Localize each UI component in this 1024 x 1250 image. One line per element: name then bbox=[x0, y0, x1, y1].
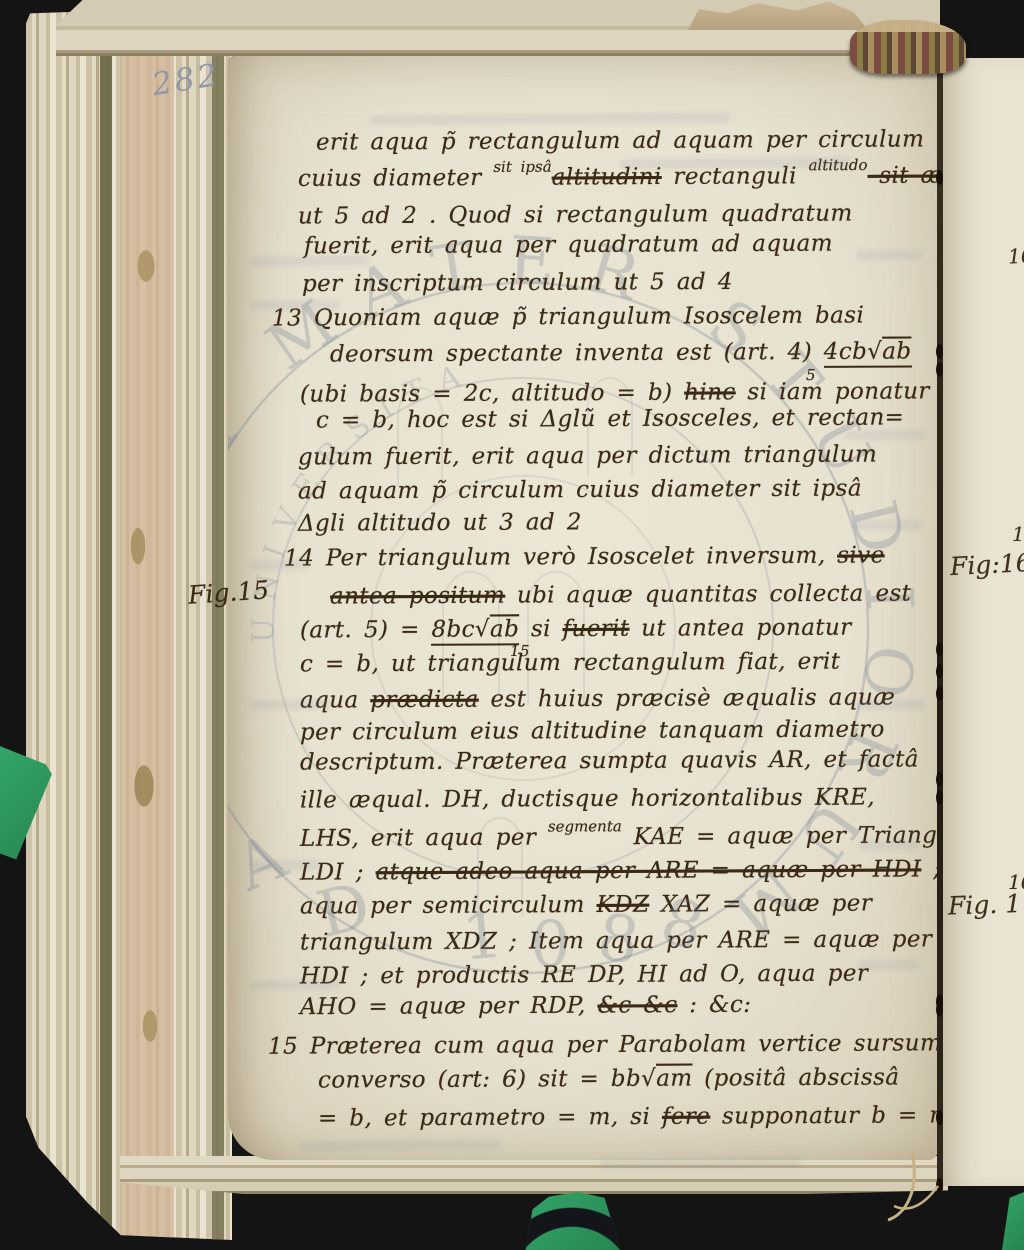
manuscript-line: c = b, hoc est si Δglũ et Isosceles, et … bbox=[316, 406, 904, 432]
manuscript-segment: AHO = aquæ per RDP, bbox=[300, 993, 598, 1021]
manuscript-segment: ut 5 ad 2 . Quod si rectangulum quadratu… bbox=[298, 201, 853, 230]
bleed-through-band bbox=[250, 255, 370, 266]
manuscript-line: ille æqual. DH, ductisque horizontalibus… bbox=[300, 786, 875, 812]
manuscript-segment: converso (art: 6) sit = bb√ bbox=[318, 1066, 656, 1094]
manuscript-line: erit aqua p̃ rectangulum ad aquam per ci… bbox=[316, 128, 924, 154]
figure-margin-note: Fig.15 bbox=[187, 575, 270, 610]
stitch-dot bbox=[936, 1110, 943, 1125]
manuscript-segment: c = b, ut triangulum rectangulum fiat, e… bbox=[300, 649, 841, 678]
figure-margin-note-fragment: Fig:16 bbox=[949, 548, 1024, 581]
stitch-dot bbox=[936, 362, 943, 377]
manuscript-segment: sive bbox=[837, 542, 885, 568]
manuscript-segment: fuerit, erit aqua per quadratum ad aquam bbox=[304, 231, 833, 260]
manuscript-segment: 13 Quoniam aquæ p̃ triangulum Isoscelem … bbox=[272, 302, 864, 331]
manuscript-segment: segmenta bbox=[548, 817, 622, 835]
stitch-dot bbox=[936, 686, 943, 701]
manuscript-segment: fuerit bbox=[563, 616, 630, 642]
manuscript-line: (art. 5) = 8bc√ab si fuerit ut antea pon… bbox=[300, 617, 852, 643]
manuscript-segment: (ubi basis = 2c, altitudo = b) bbox=[300, 380, 684, 408]
manuscript-line: antea positum ubi aquæ quantitas collect… bbox=[330, 582, 911, 608]
manuscript-segment: hinc bbox=[684, 379, 736, 405]
manuscript-line: AHO = aquæ per RDP, &c &c : &c: bbox=[300, 994, 751, 1019]
left-page-stack-edges bbox=[26, 6, 232, 1240]
manuscript-segment: ille æqual. DH, ductisque horizontalibus… bbox=[300, 784, 875, 813]
stitch-dot bbox=[936, 1178, 943, 1193]
manuscript-scan: { "page_number": "282", "marginalia": { … bbox=[0, 0, 1024, 1250]
bleed-through-band bbox=[845, 430, 925, 441]
stitch-dot bbox=[936, 170, 943, 185]
headband bbox=[850, 20, 966, 74]
manuscript-segment: : &c: bbox=[677, 992, 751, 1018]
manuscript-segment: est huius præcisè æqualis aquæ bbox=[479, 684, 896, 712]
manuscript-segment: am bbox=[656, 1066, 692, 1092]
figure-margin-note-fragment: 16 bbox=[1007, 243, 1024, 268]
manuscript-line: aqua per semicirculum KDZ XAZ = aquæ per bbox=[300, 893, 872, 919]
stitch-dot bbox=[936, 664, 943, 679]
manuscript-line: HDI ; et productis RE DP, HI ad O, aqua … bbox=[300, 963, 868, 989]
bleed-through-band bbox=[250, 560, 310, 571]
manuscript-segment: per circulum eius altitudine tanquam dia… bbox=[300, 716, 885, 745]
bleed-through-band bbox=[250, 700, 330, 711]
manuscript-segment: 14 Per triangulum verò Isoscelet inversu… bbox=[284, 543, 837, 572]
manuscript-segment: fere bbox=[662, 1104, 710, 1130]
manuscript-segment: erit aqua p̃ rectangulum ad aquam per ci… bbox=[316, 126, 924, 155]
manuscript-segment: per inscriptum circulum ut 5 ad 4 bbox=[302, 269, 733, 297]
manuscript-line: (ubi basis = 2c, altitudo = b) hinc si i… bbox=[300, 380, 930, 406]
bleed-through-band bbox=[858, 960, 920, 971]
manuscript-line: ut 5 ad 2 . Quod si rectangulum quadratu… bbox=[298, 203, 853, 229]
manuscript-line: Δgli altitudo ut 3 ad 2 bbox=[298, 511, 582, 535]
bleed-through-band bbox=[250, 300, 340, 311]
bleed-through-band bbox=[855, 700, 925, 711]
stamp-date-letter: 0 bbox=[530, 908, 571, 982]
stitch-dot bbox=[936, 790, 943, 805]
manuscript-segment: si iam ponatur bbox=[736, 378, 930, 405]
stamp-date-letter: 1 bbox=[459, 898, 506, 975]
manuscript-line: ad aquam p̃ circulum cuius diameter sit … bbox=[298, 478, 862, 504]
green-strap-corner bbox=[1002, 1192, 1024, 1250]
manuscript-line: 14 Per triangulum verò Isoscelet inversu… bbox=[284, 544, 885, 570]
bottom-page-edges bbox=[120, 1156, 948, 1200]
facing-page-sliver bbox=[943, 58, 1024, 1186]
manuscript-segment: ab bbox=[882, 338, 911, 367]
manuscript-segment: 4cb√ bbox=[824, 339, 883, 368]
manuscript-segment: prædicta bbox=[370, 687, 479, 714]
manuscript-line: gulum fuerit, erit aqua per dictum trian… bbox=[298, 443, 877, 469]
manuscript-segment: (art. 5) = bbox=[300, 617, 432, 644]
manuscript-segment: si bbox=[519, 616, 563, 642]
manuscript-line: converso (art: 6) sit = bb√am (positâ ab… bbox=[318, 1066, 900, 1092]
manuscript-segment: c = b, hoc est si Δglũ et Isosceles, et … bbox=[316, 404, 904, 433]
manuscript-segment: deorsum spectante inventa est (art. 4) bbox=[330, 339, 824, 368]
stitch-dot bbox=[936, 642, 943, 657]
manuscript-line: per inscriptum circulum ut 5 ad 4 bbox=[302, 271, 733, 296]
manuscript-segment: antea positum bbox=[330, 583, 505, 610]
manuscript-segment: sit ipsâ bbox=[493, 158, 551, 176]
bleed-through-band bbox=[250, 980, 340, 991]
manuscript-line: per circulum eius altitudine tanquam dia… bbox=[300, 718, 885, 744]
bleed-through-band bbox=[600, 1157, 800, 1169]
manuscript-segment: 15 Præterea cum aqua per Parabolam verti… bbox=[268, 1030, 942, 1060]
manuscript-segment: ut antea ponatur bbox=[629, 615, 851, 642]
manuscript-segment: 8bc√ bbox=[431, 616, 490, 645]
green-strap-bottom bbox=[514, 1192, 630, 1250]
manuscript-line: LDI ; atque adeo aqua per ARE = aquæ per… bbox=[300, 858, 941, 884]
manuscript-segment: ad aquam p̃ circulum cuius diameter sit … bbox=[298, 476, 862, 505]
manuscript-segment: ubi aquæ quantitas collecta est bbox=[505, 580, 911, 608]
stitch-dot bbox=[936, 344, 943, 359]
bleed-through-band bbox=[300, 1139, 500, 1151]
stitch-dot bbox=[936, 1002, 943, 1017]
manuscript-line: descriptum. Præterea sumpta quavis AR, e… bbox=[300, 748, 919, 774]
manuscript-segment: (positâ abscissâ bbox=[692, 1064, 899, 1091]
manuscript-segment: = b, et parametro = m, si bbox=[318, 1104, 662, 1132]
manuscript-line: deorsum spectante inventa est (art. 4) 4… bbox=[330, 340, 912, 366]
bleed-through-band bbox=[856, 250, 922, 261]
manuscript-segment: descriptum. Præterea sumpta quavis AR, e… bbox=[300, 746, 919, 775]
manuscript-segment: HDI ; et productis RE DP, HI ad O, aqua … bbox=[300, 961, 868, 990]
manuscript-line: fuerit, erit aqua per quadratum ad aquam bbox=[304, 233, 833, 259]
figure-margin-note-fragment: 1 bbox=[1012, 522, 1024, 546]
manuscript-line: 13 Quoniam aquæ p̃ triangulum Isoscelem … bbox=[272, 304, 864, 330]
manuscript-segment: &c &c bbox=[597, 992, 677, 1018]
manuscript-segment: Δgli altitudo ut 3 ad 2 bbox=[298, 509, 582, 536]
bleed-through-band bbox=[858, 840, 920, 851]
manuscript-segment: LHS, erit aqua per bbox=[300, 825, 548, 852]
figure-margin-note-fragment: Fig. 17 bbox=[948, 888, 1024, 920]
manuscript-line: 15 Præterea cum aqua per Parabolam verti… bbox=[268, 1032, 942, 1059]
stitch-dot bbox=[936, 772, 943, 787]
manuscript-line: = b, et parametro = m, si fere supponatu… bbox=[318, 1104, 952, 1130]
manuscript-segment: supponatur b = m bbox=[710, 1102, 951, 1129]
manuscript-line: c = b, ut triangulum rectangulum fiat, e… bbox=[300, 651, 840, 677]
bleed-through-band bbox=[852, 520, 922, 531]
manuscript-line: aqua prædicta est huius præcisè æqualis … bbox=[300, 686, 895, 712]
manuscript-segment: cuius diameter bbox=[298, 165, 493, 192]
manuscript-segment: atque adeo aqua per ARE = aquæ per HDI bbox=[376, 856, 922, 885]
manuscript-segment: gulum fuerit, erit aqua per dictum trian… bbox=[298, 441, 877, 470]
